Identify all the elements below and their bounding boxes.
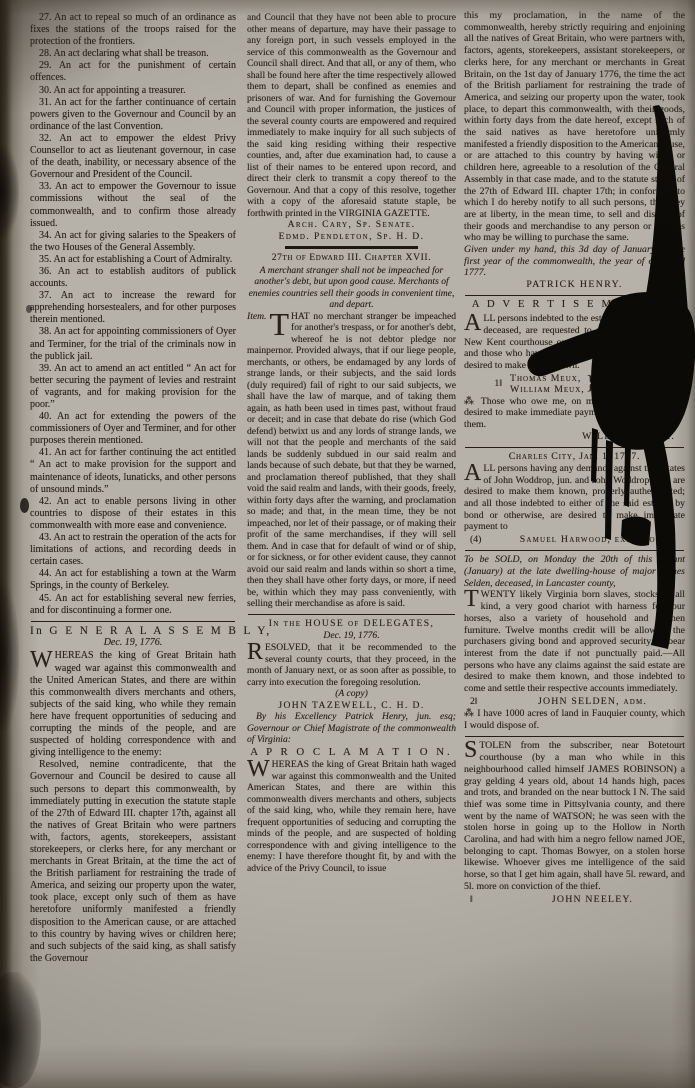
act-item: 27. An act to repeal so much of an ordin… (30, 12, 236, 48)
proclamation-continuation-paragraph: this my proclamation, in the name of the… (464, 10, 685, 244)
signature-selden: JOHN SELDEN, adm. (500, 696, 685, 708)
signature-house-speaker: Edmd. Pendleton, Sp. H. D. (247, 231, 456, 243)
section-rule (465, 736, 684, 738)
house-of-delegates-heading: In the HOUSE of DELEGATES, (247, 618, 456, 630)
column-left: 27. An act to repeal so much of an ordin… (30, 12, 236, 965)
ad-mark: (4) (464, 534, 500, 546)
column-right: this my proclamation, in the name of the… (464, 10, 685, 906)
act-item: 40. An act for extending the powers of t… (30, 411, 236, 447)
ad-mark: 1‖ (464, 378, 510, 390)
statute-summary: A merchant stranger shall not be impeach… (247, 265, 456, 311)
signature-patrick-henry: PATRICK HENRY. (464, 279, 685, 291)
meux-private-note: ⁂ Those who owe me, on my private accoun… (464, 396, 685, 431)
edge-stain (0, 972, 41, 1088)
section-rule (465, 447, 684, 449)
copy-note: (A copy) (247, 688, 456, 700)
act-item: 36. An act to establish auditors of publ… (30, 266, 236, 290)
statute-heading: 27th of Edward III. Chapter XVII. (247, 252, 456, 264)
act-item: 29. An act for the punishment of certain… (30, 60, 236, 84)
house-resolved-paragraph: RESOLVED, that it be recommended to the … (247, 642, 456, 688)
act-item: 33. An act to empower the Governour to i… (30, 181, 236, 229)
statute-item-label: Item. (247, 311, 266, 323)
woddrop-ad-heading: Charles City, Jan. 1, 1777. (464, 451, 685, 463)
act-item: 28. An act declaring what shall be treas… (30, 48, 236, 60)
woddrop-ad-paragraph: ALL persons having any demands against t… (464, 463, 685, 533)
selden-signature-row: 2‖ JOHN SELDEN, adm. (464, 696, 685, 708)
executor-name: William Meux, (510, 384, 585, 395)
thick-rule (285, 246, 419, 249)
selden-ad-paragraph: TWENTY likely Virginia born slaves, stoc… (464, 589, 685, 694)
woddrop-signature-row: (4) Samuel Harwood, executor. (464, 534, 685, 546)
newspaper-page: 27. An act to repeal so much of an ordin… (0, 0, 695, 1088)
act-item: 43. An act to restrain the operation of … (30, 532, 236, 568)
executor-name: Thomas Meux, (510, 373, 585, 384)
ad-mark: ‖ (464, 894, 500, 906)
meux-executors-row: 1‖ Thomas Meux, William Meux, } executor… (464, 373, 685, 395)
statute-body-paragraph: THAT no merchant stranger be impeached f… (247, 311, 456, 610)
section-rule (465, 550, 684, 552)
proclamation-byline: By his Excellency Patrick Henry, jun. es… (247, 711, 456, 746)
assembly-resolved-paragraph: Resolved, nemine contradicente, that the… (30, 759, 236, 965)
stolen-horse-paragraph: STOLEN from the subscriber, near Botetou… (464, 740, 685, 892)
neeley-signature-row: ‖ JOHN NEELEY. (464, 894, 685, 906)
acts-list: 27. An act to repeal so much of an ordin… (30, 12, 236, 617)
assembly-whereas-paragraph: WHEREAS the king of Great Britain hath w… (30, 650, 236, 759)
act-item: 31. An act for the farther continuance o… (30, 97, 236, 133)
ink-speck (20, 498, 29, 513)
signature-neeley: JOHN NEELEY. (500, 894, 685, 906)
act-item: 44. An act for establishing a town at th… (30, 568, 236, 592)
selden-land-note: ⁂ I have 1000 acres of land in Fauquier … (464, 708, 685, 731)
edge-stain (0, 582, 19, 732)
advertisements-heading: A D V E R T I S E M E N T S. (464, 299, 685, 311)
act-item: 32. An act to empower the eldest Privy C… (30, 133, 236, 181)
act-item: 38. An act for appointing commissioners … (30, 326, 236, 362)
selden-sale-heading: To be SOLD, on Monday the 20th of this i… (464, 554, 685, 589)
act-item: 30. An act for appointing a treasurer. (30, 85, 236, 97)
signature-harwood: Samuel Harwood, executor. (500, 534, 685, 546)
edge-stain (0, 146, 19, 238)
section-rule (31, 621, 235, 623)
assembly-heading: In G E N E R A L A S S E M B L Y, (30, 625, 236, 637)
act-item: 41. An act for farther continuing the ac… (30, 447, 236, 495)
given-under-hand-paragraph: Given under my hand, this 3d day of Janu… (464, 244, 685, 279)
act-item: 45. An act for establishing several new … (30, 593, 236, 617)
executors-word: executors. (596, 378, 636, 390)
executor-names: Thomas Meux, William Meux, (510, 373, 585, 395)
ad-mark: 2‖ (464, 696, 500, 708)
house-date: Dec. 19, 1776. (247, 630, 456, 642)
proclamation-paragraph: WHEREAS the king of Great Britain hath w… (247, 759, 456, 874)
act-item: 34. An act for giving salaries to the Sp… (30, 230, 236, 254)
act-item: 42. An act to enable persons living in o… (30, 496, 236, 532)
section-rule (248, 614, 455, 616)
meux-ad-paragraph: ALL persons indebted to the estate of Ri… (464, 313, 685, 372)
section-rule (465, 295, 684, 297)
column-middle: and Council that they have not been able… (247, 12, 456, 874)
act-item: 37. An act to increase the reward for ap… (30, 290, 236, 326)
brace-glyph: } (586, 378, 596, 390)
signature-tazewell: JOHN TAZEWELL, C. H. D. (247, 700, 456, 712)
proclamation-heading: A P R O C L A M A T I O N. (247, 747, 456, 759)
signature-william-meux: WILLIAM MEUX. (464, 431, 685, 443)
resolve-continuation-paragraph: and Council that they have not been able… (247, 12, 456, 219)
act-item: 35. An act for establishing a Court of A… (30, 254, 236, 266)
signature-senate-speaker: Arch. Cary, Sp. Senate. (247, 219, 456, 231)
act-item: 39. An act to amend an act entitled “ An… (30, 363, 236, 411)
assembly-date: Dec. 19, 1776. (30, 637, 236, 649)
